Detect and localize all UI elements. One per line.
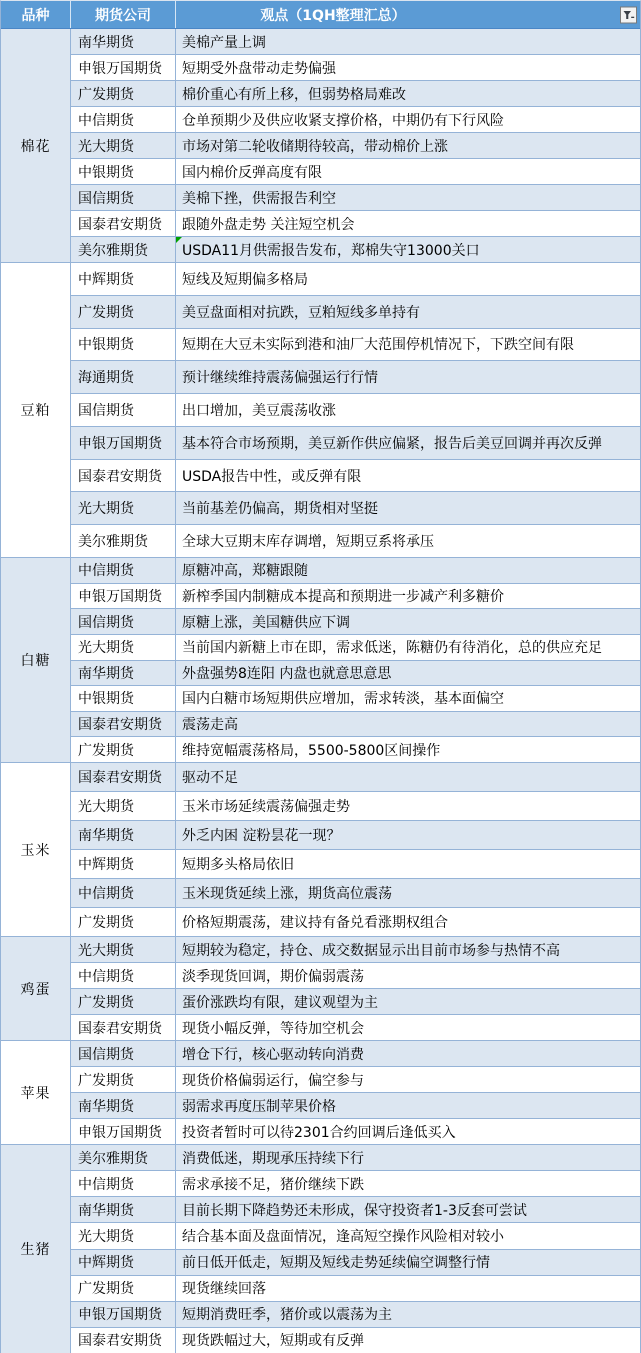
company-cell[interactable]: 南华期货 (71, 661, 176, 686)
variety-cell[interactable]: 生猪 (1, 1145, 71, 1353)
table-row: 申银万国期货短期消费旺季，猪价或以震荡为主 (71, 1302, 640, 1328)
table-row: 南华期货外盘强势8连阳 内盘也就意思意思 (71, 661, 640, 687)
company-cell[interactable]: 国泰君安期货 (71, 763, 176, 791)
company-cell[interactable]: 中辉期货 (71, 263, 176, 295)
opinion-cell[interactable]: 结合基本面及盘面情况，逢高短空操作风险相对较小 (176, 1223, 640, 1248)
opinion-cell[interactable]: 美豆盘面相对抗跌，豆粕短线多单持有 (176, 296, 640, 328)
company-cell[interactable]: 光大期货 (71, 792, 176, 820)
company-cell[interactable]: 广发期货 (71, 1067, 176, 1092)
company-cell[interactable]: 中信期货 (71, 963, 176, 988)
table-row: 光大期货当前国内新糖上市在即，需求低迷，陈糖仍有待消化，总的供应充足 (71, 635, 640, 661)
table-row: 申银万国期货投资者暂时可以待2301合约回调后逢低买入 (71, 1119, 640, 1145)
table-row: 国信期货出口增加，美豆震荡收涨 (71, 394, 640, 427)
company-cell[interactable]: 中信期货 (71, 558, 176, 583)
table-row: 中辉期货短线及短期偏多格局 (71, 263, 640, 296)
table-row: 广发期货美豆盘面相对抗跌，豆粕短线多单持有 (71, 296, 640, 329)
opinion-cell[interactable]: 维持宽幅震荡格局，5500-5800区间操作 (176, 737, 640, 762)
table-row: 中信期货原糖冲高，郑糖跟随 (71, 558, 640, 584)
company-cell[interactable]: 中信期货 (71, 879, 176, 907)
table-row: 南华期货外乏内困 淀粉昙花一现？ (71, 821, 640, 850)
table-row: 广发期货价格短期震荡，建议持有备兑看涨期权组合 (71, 908, 640, 937)
company-cell[interactable]: 申银万国期货 (71, 1119, 176, 1144)
table-row: 国泰君安期货现货小幅反弹，等待加空机会 (71, 1015, 640, 1041)
variety-cell[interactable]: 苹果 (1, 1041, 71, 1145)
opinion-cell[interactable]: 震荡走高 (176, 712, 640, 737)
variety-cell[interactable]: 玉米 (1, 763, 71, 937)
variety-section: 棉花南华期货美棉产量上调申银万国期货短期受外盘带动走势偏强广发期货棉价重心有所上… (1, 29, 640, 263)
table-row: 中信期货淡季现货回调，期价偏弱震荡 (71, 963, 640, 989)
opinion-cell[interactable]: 淡季现货回调，期价偏弱震荡 (176, 963, 640, 988)
company-cell[interactable]: 光大期货 (71, 492, 176, 524)
table-row: 光大期货结合基本面及盘面情况，逢高短空操作风险相对较小 (71, 1223, 640, 1249)
opinion-cell[interactable]: 出口增加，美豆震荡收涨 (176, 394, 640, 426)
table-row: 美尔雅期货全球大豆期末库存调增，短期豆系将承压 (71, 525, 640, 558)
section-rows: 美尔雅期货消费低迷，期现承压持续下行中信期货需求承接不足，猪价继续下跌南华期货目… (71, 1145, 640, 1353)
opinion-cell[interactable]: 当前国内新糖上市在即，需求低迷，陈糖仍有待消化，总的供应充足 (176, 635, 640, 660)
variety-section: 苹果国信期货增仓下行，核心驱动转向消费广发期货现货价格偏弱运行，偏空参与南华期货… (1, 1041, 640, 1145)
company-cell[interactable]: 国泰君安期货 (71, 460, 176, 492)
table-row: 申银万国期货新榨季国内制糖成本提高和预期进一步减产利多糖价 (71, 584, 640, 610)
table-row: 广发期货蛋价涨跌均有限，建议观望为主 (71, 989, 640, 1015)
company-cell[interactable]: 申银万国期货 (71, 55, 176, 80)
section-rows: 国泰君安期货驱动不足光大期货玉米市场延续震荡偏强走势南华期货外乏内困 淀粉昙花一… (71, 763, 640, 937)
company-cell[interactable]: 申银万国期货 (71, 1302, 176, 1327)
header-cell-company[interactable]: 期货公司 (71, 1, 176, 28)
opinion-cell[interactable]: 蛋价涨跌均有限，建议观望为主 (176, 989, 640, 1014)
opinion-cell[interactable]: 美棉产量上调 (176, 29, 640, 54)
company-cell[interactable]: 南华期货 (71, 29, 176, 54)
company-cell[interactable]: 广发期货 (71, 81, 176, 106)
company-cell[interactable]: 广发期货 (71, 989, 176, 1014)
opinion-cell[interactable]: 价格短期震荡，建议持有备兑看涨期权组合 (176, 908, 640, 936)
opinion-cell[interactable]: 驱动不足 (176, 763, 640, 791)
company-cell[interactable]: 南华期货 (71, 1093, 176, 1118)
company-cell[interactable]: 光大期货 (71, 133, 176, 158)
table-row: 国泰君安期货USDA报告中性，或反弹有限 (71, 460, 640, 493)
table-row: 国泰君安期货跟随外盘走势 关注短空机会 (71, 211, 640, 237)
header-opinion-label: 观点（1QH整理汇总） (260, 5, 405, 25)
table-row: 国泰君安期货现货跌幅过大，短期或有反弹 (71, 1328, 640, 1353)
table-row: 中辉期货短期多头格局依旧 (71, 850, 640, 879)
opinion-cell[interactable]: 国内白糖市场短期供应增加，需求转淡，基本面偏空 (176, 686, 640, 711)
company-cell[interactable]: 光大期货 (71, 635, 176, 660)
table-row: 国信期货美棉下挫，供需报告利空 (71, 185, 640, 211)
table-row: 中银期货国内白糖市场短期供应增加，需求转淡，基本面偏空 (71, 686, 640, 712)
opinion-cell[interactable]: 现货小幅反弹，等待加空机会 (176, 1015, 640, 1040)
opinion-cell[interactable]: 玉米现货延续上涨，期货高位震荡 (176, 879, 640, 907)
company-cell[interactable]: 广发期货 (71, 737, 176, 762)
header-cell-opinion[interactable]: 观点（1QH整理汇总） (176, 1, 640, 28)
opinion-cell[interactable]: 现货价格偏弱运行，偏空参与 (176, 1067, 640, 1092)
table-row: 光大期货当前基差仍偏高，期货相对坚挺 (71, 492, 640, 525)
opinion-cell[interactable]: 基本符合市场预期，美豆新作供应偏紧，报告后美豆回调并再次反弹 (176, 427, 640, 459)
table-row: 光大期货玉米市场延续震荡偏强走势 (71, 792, 640, 821)
opinion-cell[interactable]: 增仓下行，核心驱动转向消费 (176, 1041, 640, 1066)
variety-section: 鸡蛋光大期货短期较为稳定，持仓、成交数据显示出目前市场参与热情不高中信期货淡季现… (1, 937, 640, 1041)
company-cell[interactable]: 国泰君安期货 (71, 1015, 176, 1040)
table-row: 南华期货弱需求再度压制苹果价格 (71, 1093, 640, 1119)
company-cell[interactable]: 南华期货 (71, 821, 176, 849)
table-row: 美尔雅期货消费低迷，期现承压持续下行 (71, 1145, 640, 1171)
table-row: 光大期货短期较为稳定，持仓、成交数据显示出目前市场参与热情不高 (71, 937, 640, 963)
opinion-cell[interactable]: 原糖上涨，美国糖供应下调 (176, 609, 640, 634)
opinion-cell[interactable]: 短期消费旺季，猪价或以震荡为主 (176, 1302, 640, 1327)
table-row: 广发期货维持宽幅震荡格局，5500-5800区间操作 (71, 737, 640, 763)
table-row: 南华期货美棉产量上调 (71, 29, 640, 55)
opinion-cell[interactable]: 短期较为稳定，持仓、成交数据显示出目前市场参与热情不高 (176, 937, 640, 962)
company-cell[interactable]: 光大期货 (71, 1223, 176, 1248)
variety-cell[interactable]: 豆粕 (1, 263, 71, 558)
variety-cell[interactable]: 白糖 (1, 558, 71, 763)
company-cell[interactable]: 美尔雅期货 (71, 1145, 176, 1170)
autofilter-button[interactable] (620, 6, 637, 23)
table-header: 品种 期货公司 观点（1QH整理汇总） (1, 1, 640, 29)
variety-cell[interactable]: 鸡蛋 (1, 937, 71, 1041)
opinion-cell[interactable]: 短期受外盘带动走势偏强 (176, 55, 640, 80)
variety-section: 豆粕中辉期货短线及短期偏多格局广发期货美豆盘面相对抗跌，豆粕短线多单持有中银期货… (1, 263, 640, 558)
section-rows: 光大期货短期较为稳定，持仓、成交数据显示出目前市场参与热情不高中信期货淡季现货回… (71, 937, 640, 1041)
company-cell[interactable]: 中银期货 (71, 159, 176, 184)
company-cell[interactable]: 国信期货 (71, 185, 176, 210)
opinion-cell[interactable]: 目前长期下降趋势还未形成，保守投资者1-3反套可尝试 (176, 1197, 640, 1222)
table-row: 广发期货现货价格偏弱运行，偏空参与 (71, 1067, 640, 1093)
opinion-cell[interactable]: 短期在大豆未实际到港和油厂大范围停机情况下，下跌空间有限 (176, 329, 640, 361)
company-cell[interactable]: 申银万国期货 (71, 584, 176, 609)
table-body: 棉花南华期货美棉产量上调申银万国期货短期受外盘带动走势偏强广发期货棉价重心有所上… (1, 29, 640, 1353)
table-row: 美尔雅期货USDA11月供需报告发布，郑棉失守13000关口 (71, 237, 640, 263)
company-cell[interactable]: 光大期货 (71, 937, 176, 962)
company-cell[interactable]: 中信期货 (71, 1171, 176, 1196)
opinion-cell[interactable]: 美棉下挫，供需报告利空 (176, 185, 640, 210)
table-row: 中信期货仓单预期少及供应收紧支撑价格，中期仍有下行风险 (71, 107, 640, 133)
company-cell[interactable]: 国信期货 (71, 394, 176, 426)
opinion-cell[interactable]: 原糖冲高，郑糖跟随 (176, 558, 640, 583)
company-cell[interactable]: 广发期货 (71, 296, 176, 328)
variety-cell[interactable]: 棉花 (1, 29, 71, 263)
header-cell-variety[interactable]: 品种 (1, 1, 71, 28)
opinion-cell[interactable]: 消费低迷，期现承压持续下行 (176, 1145, 640, 1170)
company-cell[interactable]: 海通期货 (71, 361, 176, 393)
section-rows: 国信期货增仓下行，核心驱动转向消费广发期货现货价格偏弱运行，偏空参与南华期货弱需… (71, 1041, 640, 1145)
table-row: 光大期货市场对第二轮收储期待较高，带动棉价上涨 (71, 133, 640, 159)
company-cell[interactable]: 南华期货 (71, 1197, 176, 1222)
opinion-cell[interactable]: 新榨季国内制糖成本提高和预期进一步减产利多糖价 (176, 584, 640, 609)
table-row: 中信期货玉米现货延续上涨，期货高位震荡 (71, 879, 640, 908)
opinion-cell[interactable]: 全球大豆期末库存调增，短期豆系将承压 (176, 525, 640, 557)
autofilter-funnel-icon (622, 8, 635, 21)
opinion-cell[interactable]: 玉米市场延续震荡偏强走势 (176, 792, 640, 820)
opinion-cell[interactable]: 需求承接不足，猪价继续下跌 (176, 1171, 640, 1196)
company-cell[interactable]: 国信期货 (71, 609, 176, 634)
opinion-cell[interactable]: 投资者暂时可以待2301合约回调后逢低买入 (176, 1119, 640, 1144)
section-rows: 中辉期货短线及短期偏多格局广发期货美豆盘面相对抗跌，豆粕短线多单持有中银期货短期… (71, 263, 640, 558)
opinion-cell[interactable]: 跟随外盘走势 关注短空机会 (176, 211, 640, 236)
table-row: 申银万国期货短期受外盘带动走势偏强 (71, 55, 640, 81)
table-row: 国信期货原糖上涨，美国糖供应下调 (71, 609, 640, 635)
company-cell[interactable]: 中银期货 (71, 329, 176, 361)
company-cell[interactable]: 美尔雅期货 (71, 237, 176, 262)
company-cell[interactable]: 广发期货 (71, 908, 176, 936)
opinion-cell[interactable]: 外盘强势8连阳 内盘也就意思意思 (176, 661, 640, 686)
company-cell[interactable]: 国泰君安期货 (71, 1328, 176, 1353)
opinion-cell[interactable]: 短线及短期偏多格局 (176, 263, 640, 295)
company-cell[interactable]: 中辉期货 (71, 850, 176, 878)
section-rows: 中信期货原糖冲高，郑糖跟随申银万国期货新榨季国内制糖成本提高和预期进一步减产利多… (71, 558, 640, 763)
opinion-cell[interactable]: USDA11月供需报告发布，郑棉失守13000关口 (176, 237, 640, 262)
opinion-cell[interactable]: 现货继续回落 (176, 1276, 640, 1301)
table-row: 中银期货国内棉价反弹高度有限 (71, 159, 640, 185)
company-cell[interactable]: 国信期货 (71, 1041, 176, 1066)
opinion-cell[interactable]: 现货跌幅过大，短期或有反弹 (176, 1328, 640, 1353)
table-row: 中辉期货前日低开低走，短期及短线走势延续偏空调整行情 (71, 1250, 640, 1276)
company-cell[interactable]: 国泰君安期货 (71, 712, 176, 737)
variety-section: 玉米国泰君安期货驱动不足光大期货玉米市场延续震荡偏强走势南华期货外乏内困 淀粉昙… (1, 763, 640, 937)
opinion-cell[interactable]: 仓单预期少及供应收紧支撑价格，中期仍有下行风险 (176, 107, 640, 132)
company-cell[interactable]: 申银万国期货 (71, 427, 176, 459)
opinion-cell[interactable]: USDA报告中性，或反弹有限 (176, 460, 640, 492)
table-row: 南华期货目前长期下降趋势还未形成，保守投资者1-3反套可尝试 (71, 1197, 640, 1223)
opinion-cell[interactable]: 外乏内困 淀粉昙花一现？ (176, 821, 640, 849)
section-rows: 南华期货美棉产量上调申银万国期货短期受外盘带动走势偏强广发期货棉价重心有所上移，… (71, 29, 640, 263)
opinion-cell[interactable]: 棉价重心有所上移，但弱势格局难改 (176, 81, 640, 106)
company-cell[interactable]: 中信期货 (71, 107, 176, 132)
opinion-cell[interactable]: 市场对第二轮收储期待较高，带动棉价上涨 (176, 133, 640, 158)
opinion-cell[interactable]: 预计继续维持震荡偏强运行行情 (176, 361, 640, 393)
table-row: 申银万国期货基本符合市场预期，美豆新作供应偏紧，报告后美豆回调并再次反弹 (71, 427, 640, 460)
opinion-cell[interactable]: 弱需求再度压制苹果价格 (176, 1093, 640, 1118)
table-row: 广发期货棉价重心有所上移，但弱势格局难改 (71, 81, 640, 107)
table-row: 中银期货短期在大豆未实际到港和油厂大范围停机情况下，下跌空间有限 (71, 329, 640, 362)
company-cell[interactable]: 美尔雅期货 (71, 525, 176, 557)
opinion-cell[interactable]: 当前基差仍偏高，期货相对坚挺 (176, 492, 640, 524)
table-row: 国信期货增仓下行，核心驱动转向消费 (71, 1041, 640, 1067)
variety-section: 白糖中信期货原糖冲高，郑糖跟随申银万国期货新榨季国内制糖成本提高和预期进一步减产… (1, 558, 640, 763)
table-row: 海通期货预计继续维持震荡偏强运行行情 (71, 361, 640, 394)
table-row: 国泰君安期货驱动不足 (71, 763, 640, 792)
company-cell[interactable]: 中辉期货 (71, 1250, 176, 1275)
opinion-cell[interactable]: 短期多头格局依旧 (176, 850, 640, 878)
table-row: 中信期货需求承接不足，猪价继续下跌 (71, 1171, 640, 1197)
opinion-cell[interactable]: 前日低开低走，短期及短线走势延续偏空调整行情 (176, 1250, 640, 1275)
cell-note-indicator (176, 237, 182, 243)
table-row: 国泰君安期货震荡走高 (71, 712, 640, 738)
company-cell[interactable]: 广发期货 (71, 1276, 176, 1301)
table-row: 广发期货现货继续回落 (71, 1276, 640, 1302)
variety-section: 生猪美尔雅期货消费低迷，期现承压持续下行中信期货需求承接不足，猪价继续下跌南华期… (1, 1145, 640, 1353)
company-cell[interactable]: 中银期货 (71, 686, 176, 711)
company-cell[interactable]: 国泰君安期货 (71, 211, 176, 236)
opinion-cell[interactable]: 国内棉价反弹高度有限 (176, 159, 640, 184)
futures-opinions-table: 品种 期货公司 观点（1QH整理汇总） 棉花南华期货美棉产量上调申银万国期货短期… (0, 0, 641, 1353)
